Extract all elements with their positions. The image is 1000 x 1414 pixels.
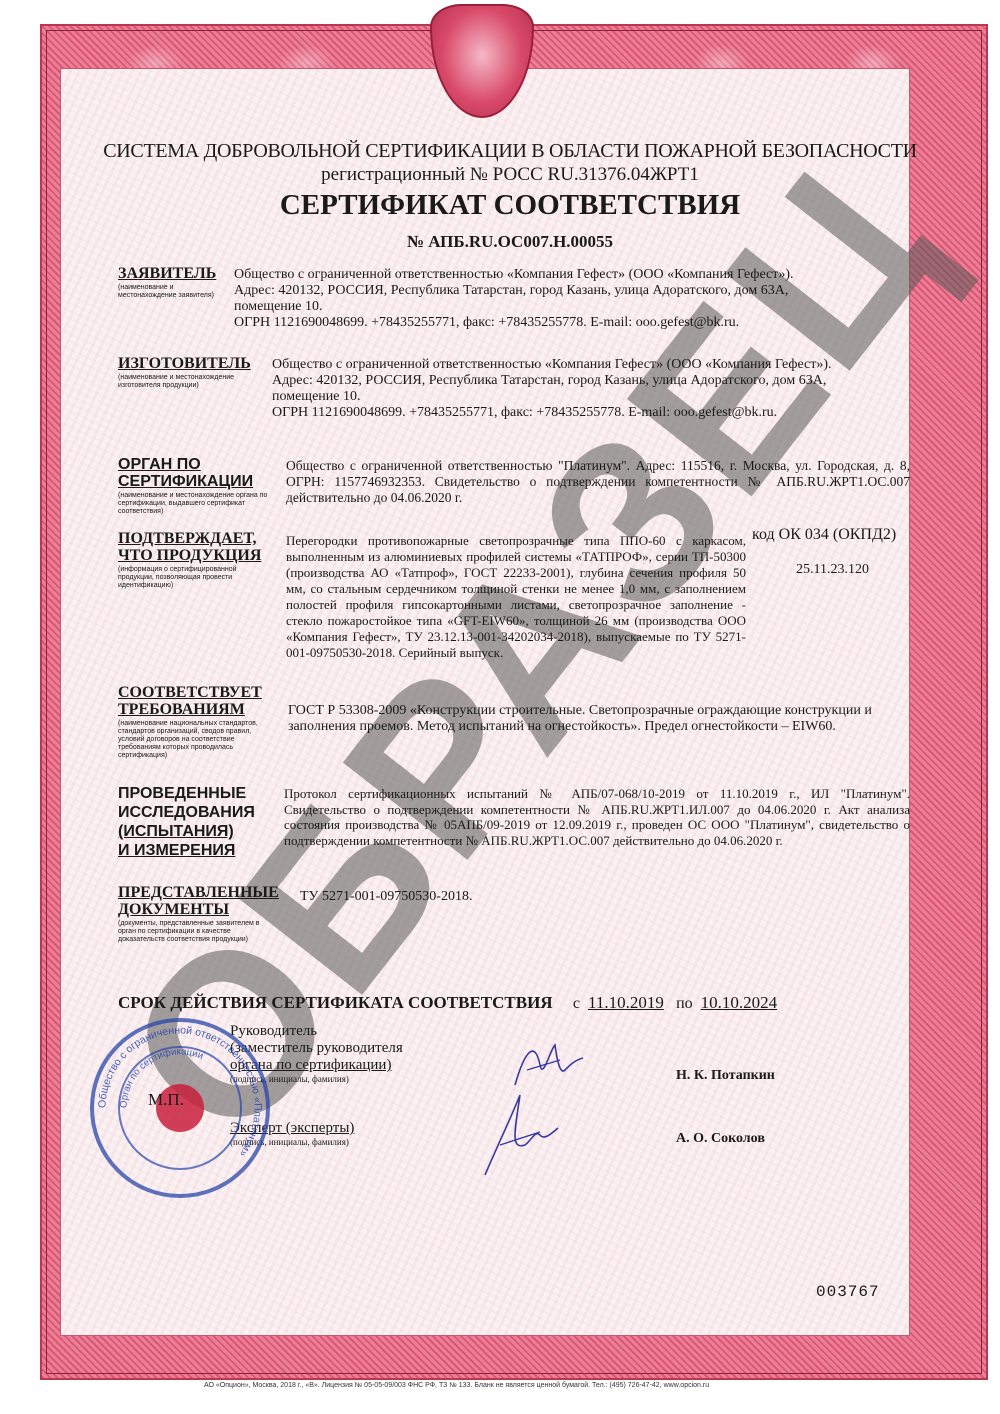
head-name: Н. К. Потапкин <box>676 1068 775 1084</box>
okpd2-code-label: код ОК 034 (ОКПД2) <box>752 527 896 543</box>
applicant-sublabel: (наименование и местонахождение заявител… <box>118 284 228 300</box>
tests-text: Протокол сертификационных испытаний № АП… <box>284 786 910 848</box>
requirements-sublabel: (наименование национальных стандартов, с… <box>118 720 278 760</box>
manufacturer-label: ИЗГОТОВИТЕЛЬ (наименование и местонахожд… <box>118 355 268 390</box>
documents-heading-1: ПРЕДСТАВЛЕННЫЕ <box>118 884 279 901</box>
system-title: СИСТЕМА ДОБРОВОЛЬНОЙ СЕРТИФИКАЦИИ В ОБЛА… <box>100 140 920 163</box>
applicant-text: Общество с ограниченной ответственностью… <box>234 267 914 331</box>
applicant-label: ЗАЯВИТЕЛЬ (наименование и местонахождени… <box>118 265 228 300</box>
documents-text: ТУ 5271-001-09750530-2018. <box>300 889 472 905</box>
validity-to-word: по <box>676 995 693 1012</box>
documents-sublabel: (документы, представленные заявителем в … <box>118 920 278 944</box>
okpd2-code-value: 25.11.23.120 <box>796 562 869 578</box>
tests-heading-1: ПРОВЕДЕННЫЕ <box>118 784 255 803</box>
expert-signature-icon <box>470 1090 560 1180</box>
applicant-line: ОГРН 1121690048699. +78435255771, факс: … <box>234 315 914 331</box>
documents-heading-2: ДОКУМЕНТЫ <box>118 901 279 918</box>
manufacturer-line: Общество с ограниченной ответственностью… <box>272 357 912 373</box>
manufacturer-sublabel: (наименование и местонахождение изготови… <box>118 374 268 390</box>
applicant-line: Адрес: 420132, РОССИЯ, Республика Татарс… <box>234 283 914 299</box>
manufacturer-line: ОГРН 1121690048699. +78435255771, факс: … <box>272 405 912 421</box>
certificate-content: СИСТЕМА ДОБРОВОЛЬНОЙ СЕРТИФИКАЦИИ В ОБЛА… <box>0 0 1000 1414</box>
cert-body-text: Общество с ограниченной ответственностью… <box>286 458 910 506</box>
validity-to-date: 10.10.2024 <box>701 993 778 1012</box>
product-text: Перегородки противопожарные светопрозрач… <box>286 533 746 661</box>
product-sublabel: (информация о сертифицированной продукци… <box>118 566 268 590</box>
certificate-number: № АПБ.RU.ОС007.Н.00055 <box>100 232 920 252</box>
manufacturer-text: Общество с ограниченной ответственностью… <box>272 357 912 421</box>
product-label: ПОДТВЕРЖДАЕТ, ЧТО ПРОДУКЦИЯ (информация … <box>118 530 268 590</box>
cert-body-label: ОРГАН ПО СЕРТИФИКАЦИИ (наименование и ме… <box>118 456 268 516</box>
cert-body-heading-2: СЕРТИФИКАЦИИ <box>118 473 268 490</box>
documents-label: ПРЕДСТАВЛЕННЫЕ ДОКУМЕНТЫ (документы, пре… <box>118 884 279 944</box>
validity-period: СРОК ДЕЙСТВИЯ СЕРТИФИКАТА СООТВЕТСТВИЯ с… <box>118 993 777 1013</box>
product-heading-2: ЧТО ПРОДУКЦИЯ <box>118 547 268 564</box>
seal-placeholder-label: М.П. <box>148 1090 184 1110</box>
tests-heading-3: (ИСПЫТАНИЯ) <box>118 822 255 841</box>
manufacturer-line: помещение 10. <box>272 389 912 405</box>
registration-number: регистрационный № РОСС RU.31376.04ЖРТ1 <box>100 164 920 186</box>
validity-from-word: с <box>573 995 580 1012</box>
validity-from-date: 11.10.2019 <box>588 993 664 1012</box>
cert-body-heading-1: ОРГАН ПО <box>118 456 268 473</box>
requirements-text: ГОСТ Р 53308-2009 «Конструкции строитель… <box>288 703 913 735</box>
applicant-heading: ЗАЯВИТЕЛЬ <box>118 265 228 282</box>
requirements-heading-2: ТРЕБОВАНИЯМ <box>118 701 278 718</box>
product-heading-1: ПОДТВЕРЖДАЕТ, <box>118 530 268 547</box>
expert-name: А. О. Соколов <box>676 1131 765 1147</box>
manufacturer-line: Адрес: 420132, РОССИЯ, Республика Татарс… <box>272 373 912 389</box>
tests-heading-4: И ИЗМЕРЕНИЯ <box>118 841 255 860</box>
applicant-line: помещение 10. <box>234 299 914 315</box>
tests-label: ПРОВЕДЕННЫЕ ИССЛЕДОВАНИЯ (ИСПЫТАНИЯ) И И… <box>118 784 255 860</box>
requirements-heading-1: СООТВЕТСТВУЕТ <box>118 684 278 701</box>
certificate-title: СЕРТИФИКАТ СООТВЕТСТВИЯ <box>100 189 920 222</box>
tests-heading-2: ИССЛЕДОВАНИЯ <box>118 803 255 822</box>
validity-label: СРОК ДЕЙСТВИЯ СЕРТИФИКАТА СООТВЕТСТВИЯ <box>118 993 553 1012</box>
head-signature-icon <box>505 1030 585 1095</box>
manufacturer-heading: ИЗГОТОВИТЕЛЬ <box>118 355 268 372</box>
cert-body-sublabel: (наименование и местонахождение органа п… <box>118 492 268 516</box>
applicant-line: Общество с ограниченной ответственностью… <box>234 267 914 283</box>
requirements-label: СООТВЕТСТВУЕТ ТРЕБОВАНИЯМ (наименование … <box>118 684 278 760</box>
